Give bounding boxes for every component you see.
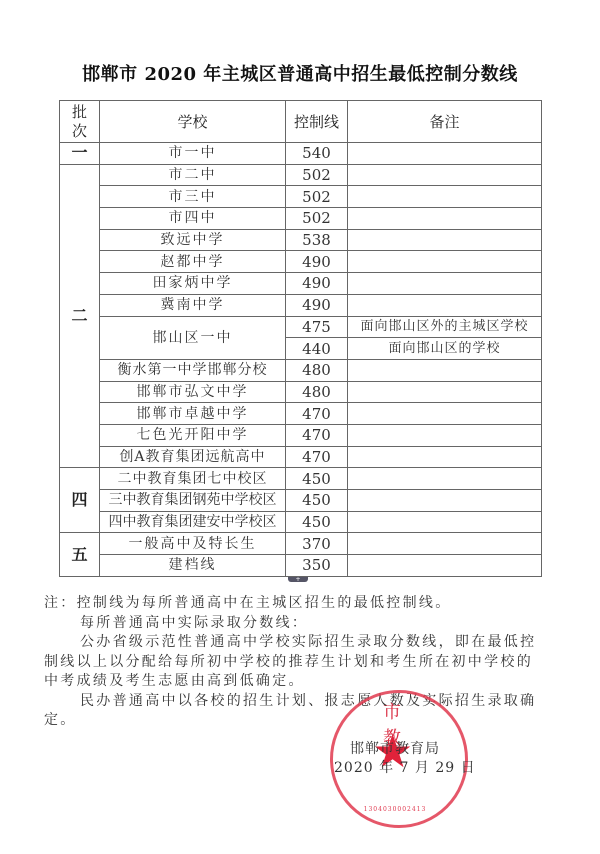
score-cell: 470: [286, 403, 348, 425]
remark-cell: [348, 229, 542, 251]
school-cell: 一般高中及特长生: [100, 533, 286, 555]
header-score: 控制线: [286, 101, 348, 143]
score-cell: 490: [286, 273, 348, 295]
school-cell: 邯郸市卓越中学: [100, 403, 286, 425]
remark-cell: [348, 164, 542, 186]
score-cell: 450: [286, 511, 348, 533]
table-row: 邯山区一中 475 面向邯山区外的主城区学校: [60, 316, 542, 338]
table-row: 二 市二中 502: [60, 164, 542, 186]
score-cell: 480: [286, 381, 348, 403]
remark-cell: [348, 208, 542, 230]
school-cell: 二中教育集团七中校区: [100, 468, 286, 490]
school-cell: 四中教育集团建安中学校区: [100, 511, 286, 533]
score-cell: 475: [286, 316, 348, 338]
table-row: 创A教育集团远航高中 470: [60, 446, 542, 468]
remark-cell: [348, 446, 542, 468]
batch-cell: 五: [60, 533, 100, 576]
batch-cell: 四: [60, 468, 100, 533]
table-row: 五 一般高中及特长生 370: [60, 533, 542, 555]
score-cell: 502: [286, 164, 348, 186]
score-cell: 450: [286, 490, 348, 512]
table-row: 四 二中教育集团七中校区 450: [60, 468, 542, 490]
table-row: 邯郸市卓越中学 470: [60, 403, 542, 425]
table-row: 建档线 350: [60, 555, 542, 577]
remark-cell: [348, 424, 542, 446]
table-row: 一 市一中 540: [60, 143, 542, 165]
score-cell: 502: [286, 208, 348, 230]
remark-cell: [348, 273, 542, 295]
score-cell: 350: [286, 555, 348, 577]
score-cell: 470: [286, 446, 348, 468]
school-cell: 冀南中学: [100, 294, 286, 316]
header-school: 学校: [100, 101, 286, 143]
score-cell: 450: [286, 468, 348, 490]
score-cell: 480: [286, 359, 348, 381]
score-cell: 490: [286, 294, 348, 316]
issuer-name: 邯郸市教育局: [350, 738, 440, 758]
school-cell: 田家炳中学: [100, 273, 286, 295]
school-cell: 三中教育集团钢苑中学校区: [100, 490, 286, 512]
remark-cell: [348, 555, 542, 577]
school-cell: 创A教育集团远航高中: [100, 446, 286, 468]
remark-cell: 面向邯山区外的主城区学校: [348, 316, 542, 338]
remark-cell: [348, 143, 542, 165]
note-paragraph-2: 民办普通高中以各校的招生计划、报志愿人数及实际招生录取确定。: [44, 692, 544, 731]
table-header-row: 批次 学校 控制线 备注: [60, 101, 542, 143]
school-cell: 建档线: [100, 555, 286, 577]
table-row: 市四中 502: [60, 208, 542, 230]
score-cell: 490: [286, 251, 348, 273]
score-cell: 440: [286, 338, 348, 360]
note-line-2: 每所普通高中实际录取分数线：: [44, 614, 544, 634]
school-cell: 赵都中学: [100, 251, 286, 273]
score-cell: 370: [286, 533, 348, 555]
school-cell: 邯郸市弘文中学: [100, 381, 286, 403]
table-row: 三中教育集团钢苑中学校区 450: [60, 490, 542, 512]
table-row: 赵都中学 490: [60, 251, 542, 273]
school-cell: 衡水第一中学邯郸分校: [100, 359, 286, 381]
issue-date: 2020 年 7 月 29 日: [334, 757, 476, 777]
school-cell: 七色光开阳中学: [100, 424, 286, 446]
score-table: 批次 学校 控制线 备注 一 市一中 540 二 市二中 502 市三中 502…: [59, 100, 542, 577]
remark-cell: [348, 403, 542, 425]
table-row: 衡水第一中学邯郸分校 480: [60, 359, 542, 381]
remark-cell: [348, 251, 542, 273]
batch-cell: 二: [60, 164, 100, 468]
expand-table-button[interactable]: +: [288, 577, 308, 582]
table-row: 邯郸市弘文中学 480: [60, 381, 542, 403]
school-cell: 市三中: [100, 186, 286, 208]
remark-cell: [348, 186, 542, 208]
document-title: 邯郸市 2020 年主城区普通高中招生最低控制分数线: [0, 60, 600, 86]
school-cell: 市一中: [100, 143, 286, 165]
remark-cell: [348, 533, 542, 555]
score-cell: 502: [286, 186, 348, 208]
note-line-1: 注：控制线为每所普通高中在主城区招生的最低控制线。: [44, 594, 544, 614]
school-cell: 市四中: [100, 208, 286, 230]
note-paragraph-1: 公办省级示范性普通高中学校实际招生录取分数线，即在最低控制线以上以分配给每所初中…: [44, 633, 544, 692]
remark-cell: [348, 490, 542, 512]
table-row: 市三中 502: [60, 186, 542, 208]
batch-cell: 一: [60, 143, 100, 165]
header-batch: 批次: [60, 101, 100, 143]
remark-cell: [348, 511, 542, 533]
header-remark: 备注: [348, 101, 542, 143]
score-cell: 538: [286, 229, 348, 251]
table-row: 致远中学 538: [60, 229, 542, 251]
score-cell: 540: [286, 143, 348, 165]
table-row: 四中教育集团建安中学校区 450: [60, 511, 542, 533]
score-cell: 470: [286, 424, 348, 446]
remark-cell: [348, 381, 542, 403]
remark-cell: [348, 468, 542, 490]
table-row: 七色光开阳中学 470: [60, 424, 542, 446]
remark-cell: [348, 359, 542, 381]
notes-section: 注：控制线为每所普通高中在主城区招生的最低控制线。 每所普通高中实际录取分数线：…: [44, 594, 544, 731]
school-cell: 市二中: [100, 164, 286, 186]
table-row: 田家炳中学 490: [60, 273, 542, 295]
table-row: 冀南中学 490: [60, 294, 542, 316]
school-cell: 邯山区一中: [100, 316, 286, 359]
seal-code: 1304030002413: [345, 806, 445, 813]
remark-cell: [348, 294, 542, 316]
remark-cell: 面向邯山区的学校: [348, 338, 542, 360]
school-cell: 致远中学: [100, 229, 286, 251]
